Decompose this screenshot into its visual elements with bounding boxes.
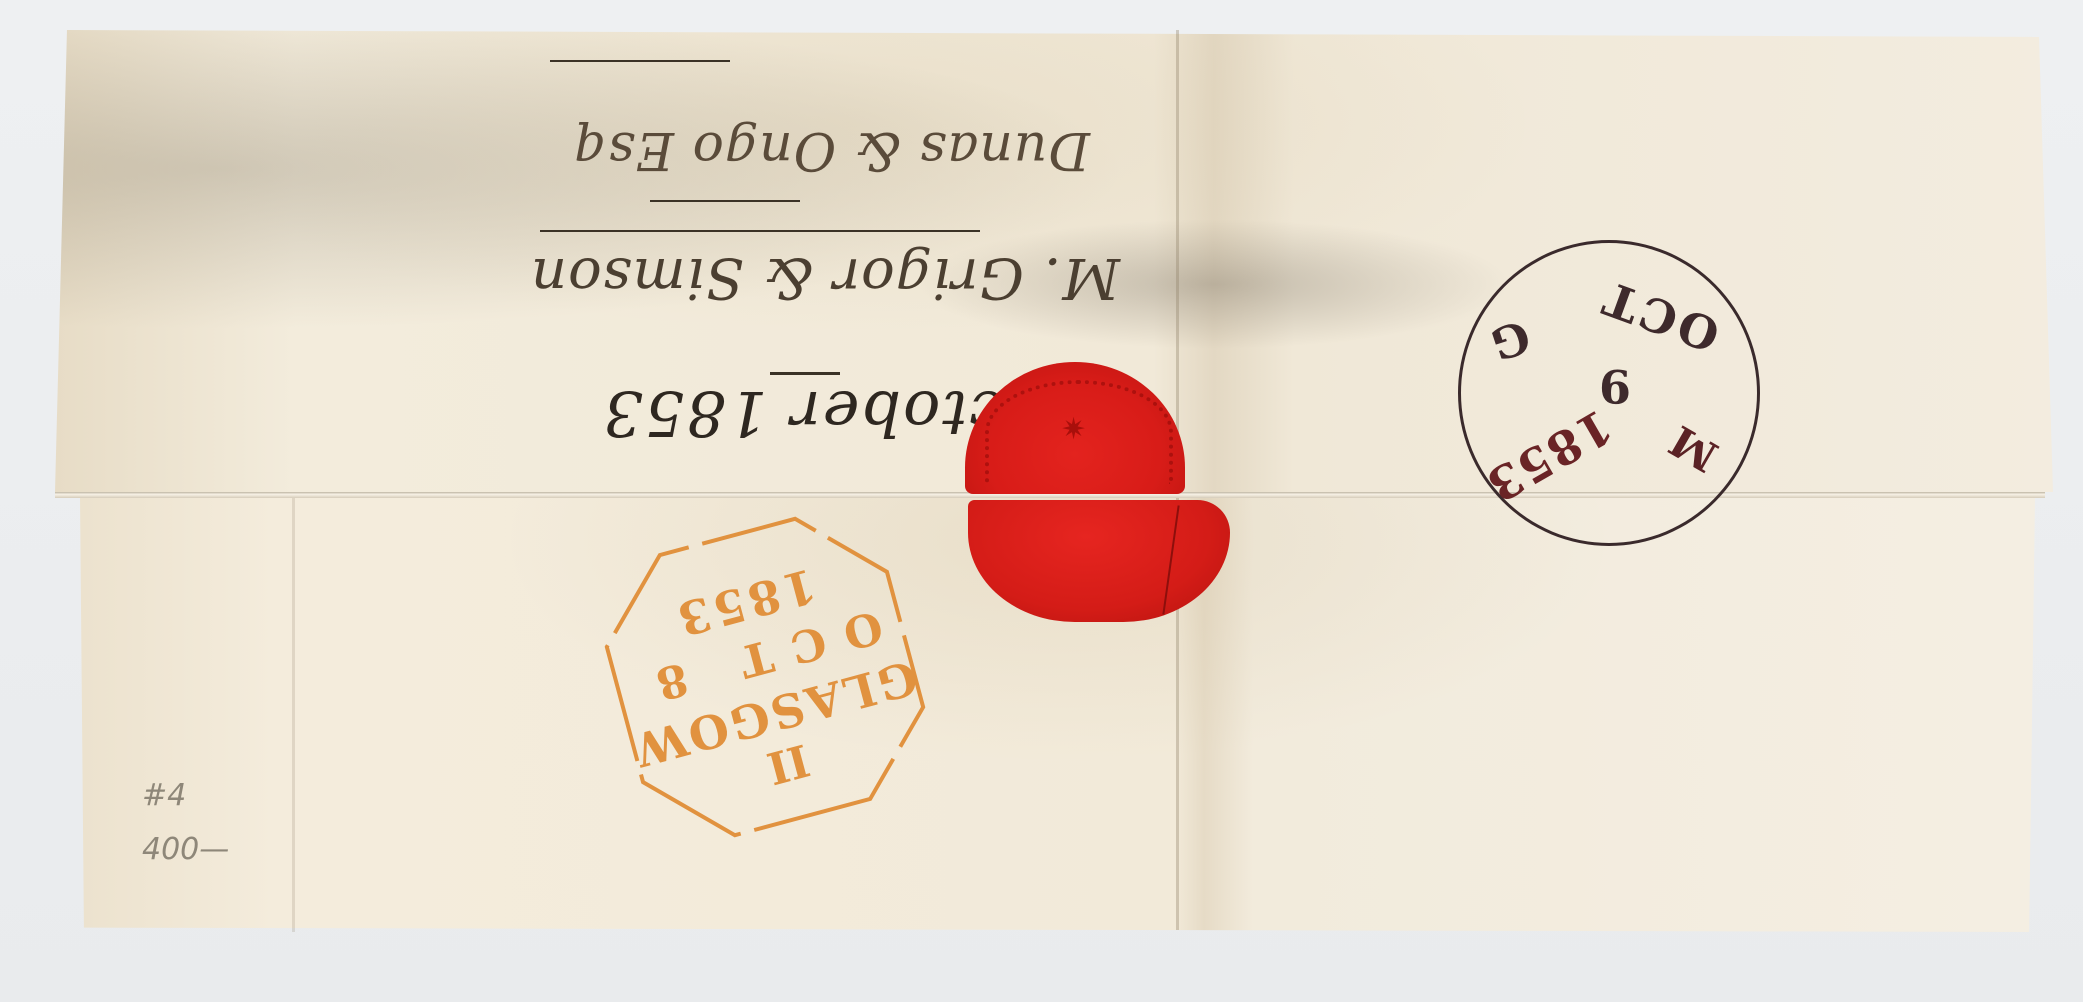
docket-sender: M. Grigor & Simson — [530, 245, 1120, 310]
docket-rule — [770, 372, 840, 375]
datestamp-office: G — [1484, 309, 1535, 369]
pencil-note-price: 400— — [142, 832, 229, 867]
vertical-fold — [292, 496, 295, 932]
folded-letter: 8 October 1853 M. Grigor & Simson Dunas … — [0, 0, 2083, 1002]
docket-recipient: Dunas & Ongo Esq — [573, 120, 1090, 180]
docket-rule — [650, 200, 800, 202]
datestamp-year: 1853 — [1477, 399, 1622, 514]
datestamp-month: OCT — [1593, 270, 1727, 363]
pencil-note-number: #4 — [142, 778, 186, 813]
circular-datestamp: G OCT 9 1853 M — [1458, 240, 1760, 546]
datestamp-day: 9 — [1599, 359, 1631, 413]
datestamp-period: M — [1661, 416, 1726, 482]
docket-rule — [540, 230, 980, 232]
docket-rule — [550, 60, 730, 62]
star-icon: ✷ — [1061, 412, 1086, 447]
